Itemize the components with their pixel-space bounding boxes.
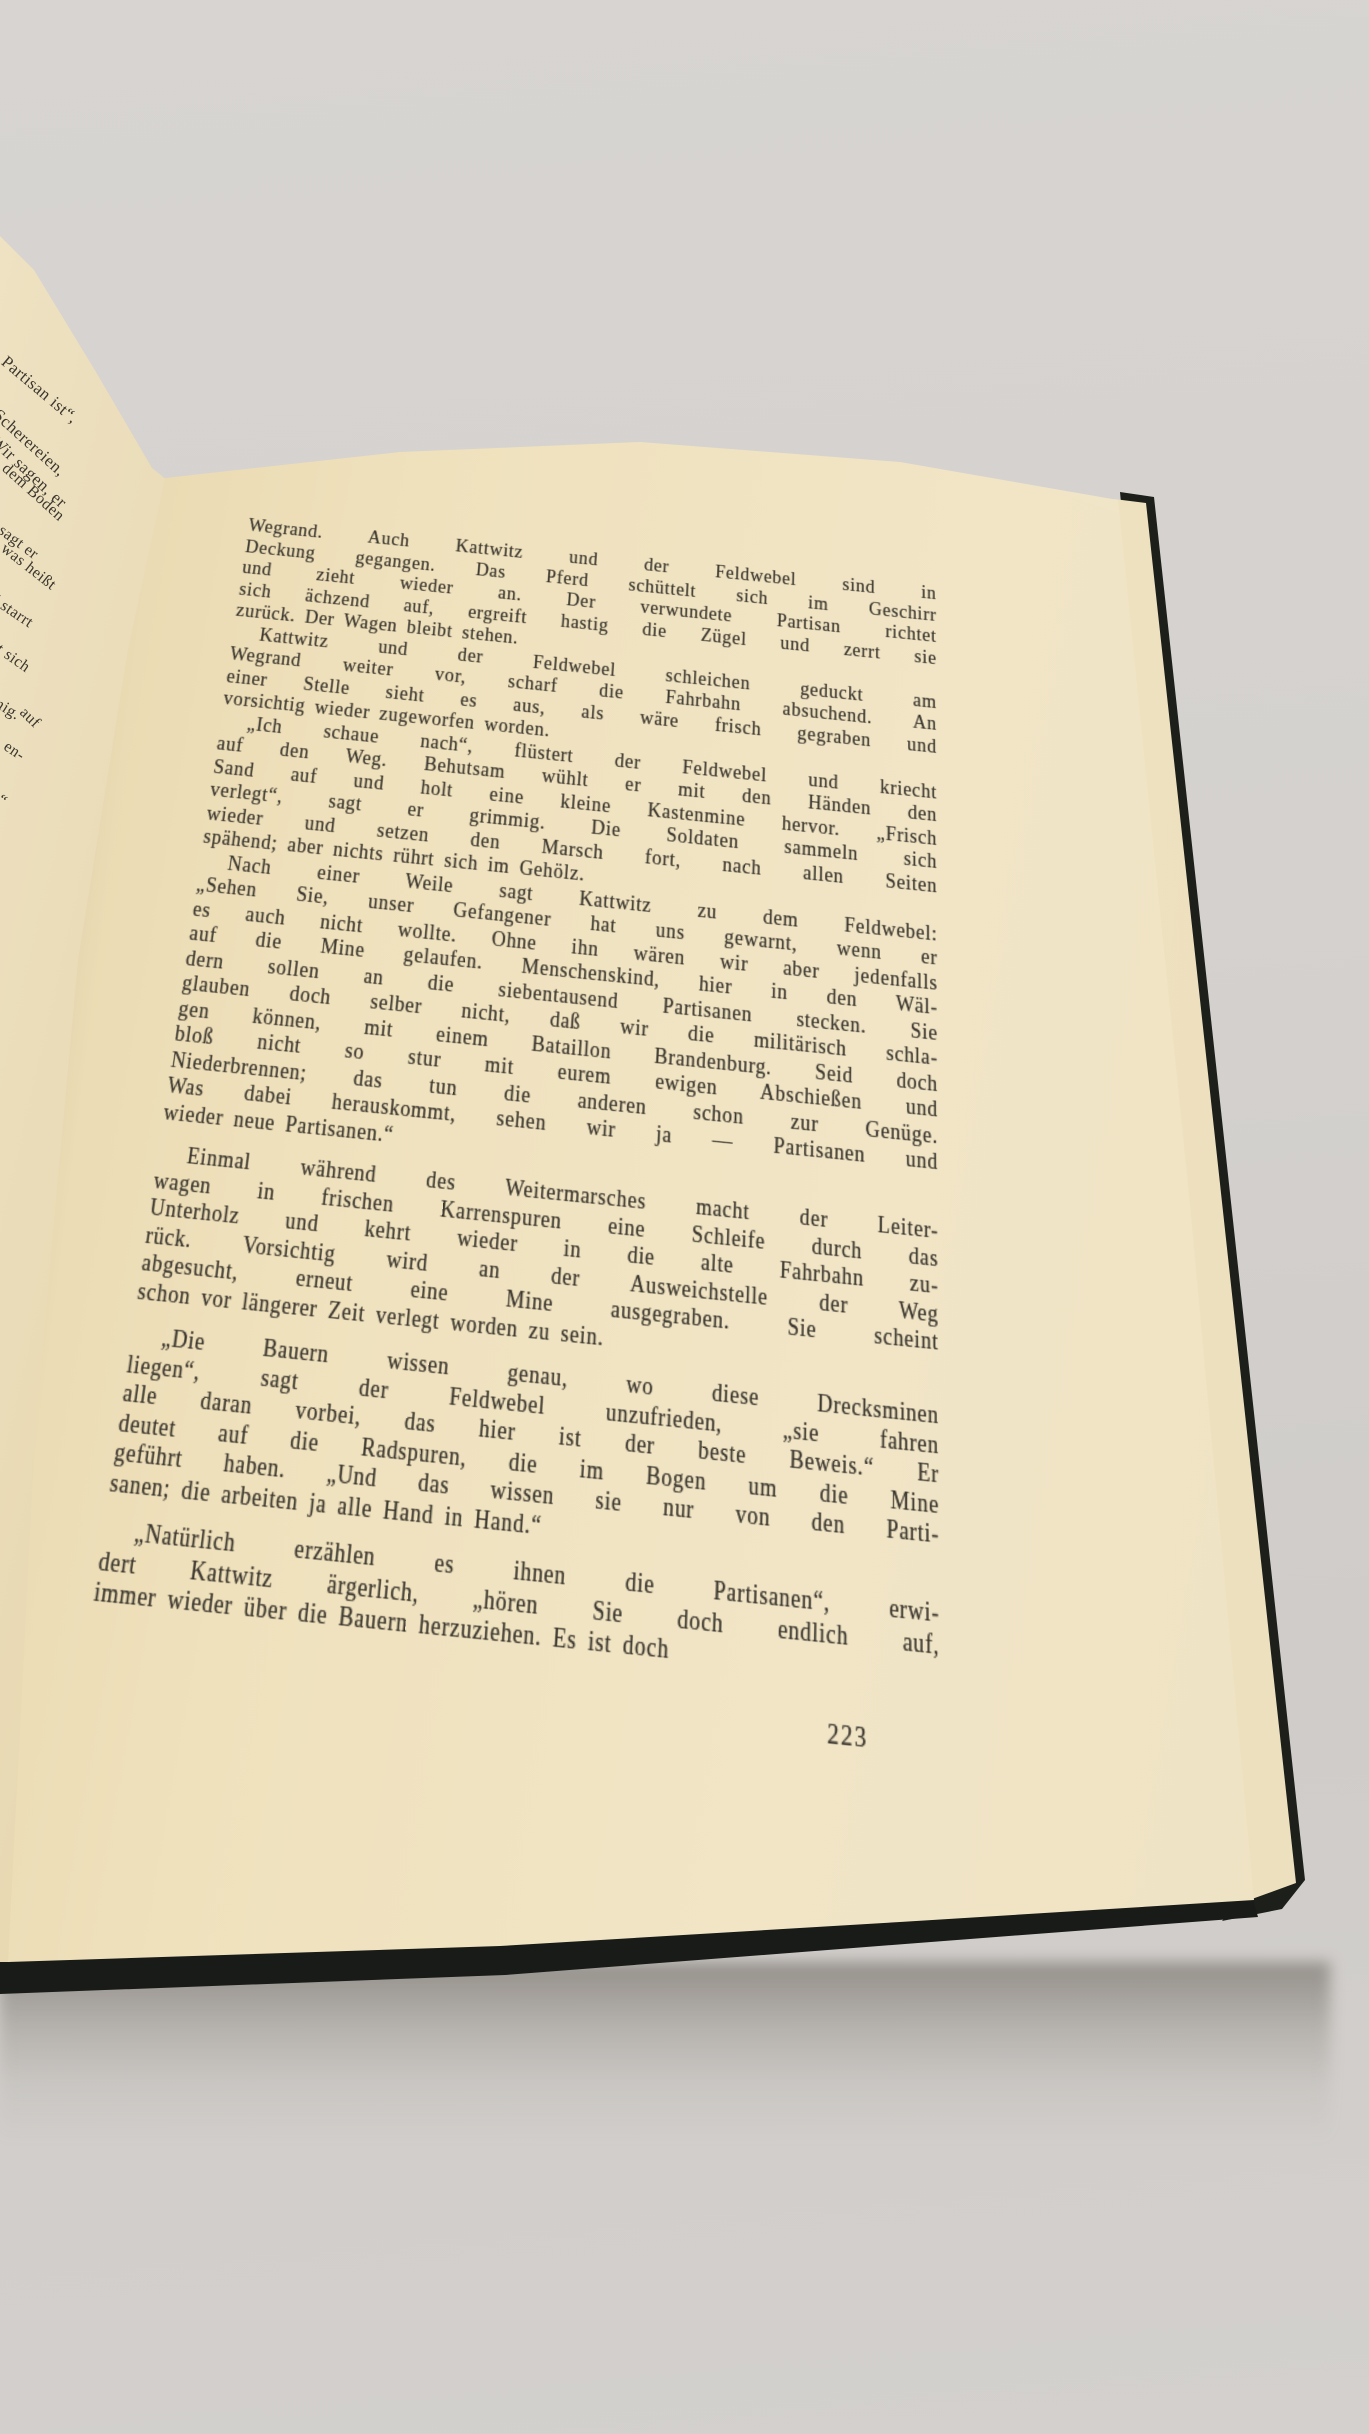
page-text: Wegrand. Auch Kattwitz und der Feldwebel… (154, 515, 936, 1542)
paragraphs: Wegrand. Auch Kattwitz und der Feldwebel… (92, 515, 940, 1693)
left-page-text-fragment: h“ (0, 786, 10, 810)
left-page-text-fragment: d starrt (0, 590, 36, 632)
book-photo: Partisan ist“,h Scherereien,„Wir sagen, … (0, 0, 1369, 2434)
left-page-text-fragment: en- (0, 738, 28, 765)
left-page-text-fragment: ßt sich (0, 636, 33, 677)
book-shadow (0, 1962, 1330, 2142)
